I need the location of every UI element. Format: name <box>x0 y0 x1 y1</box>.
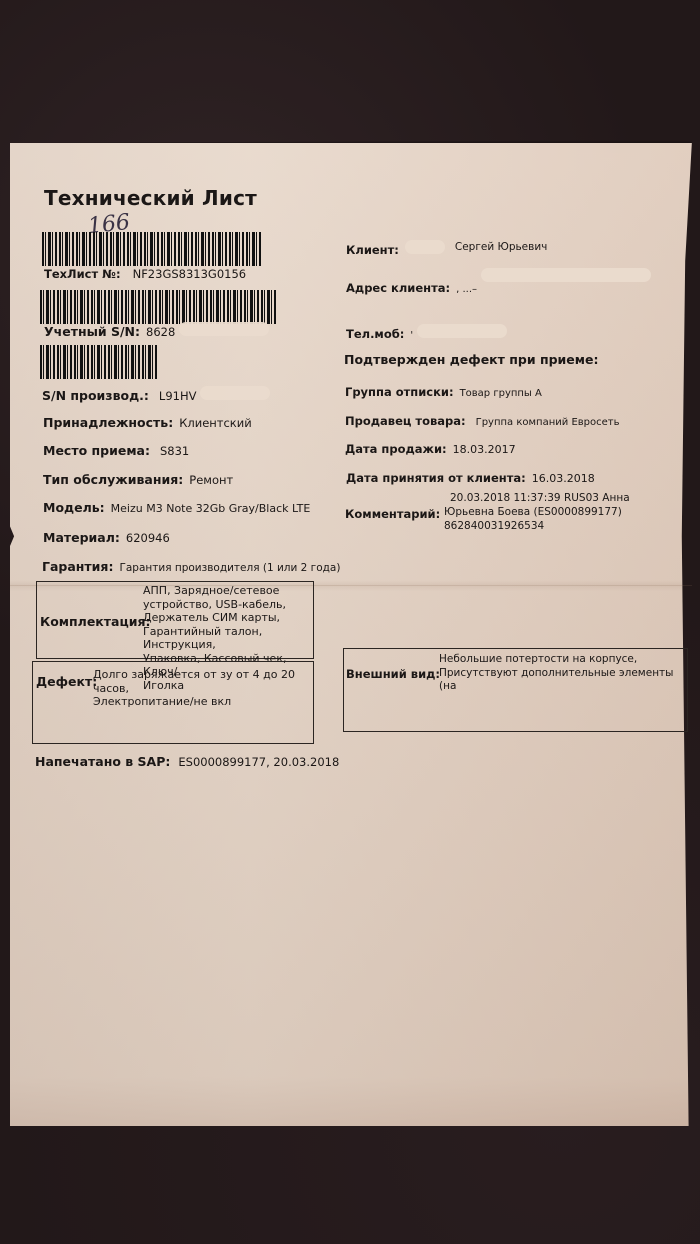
client-field: Клиент: Сергей Юрьевич <box>346 240 547 257</box>
techlist-field: ТехЛист №: NF23GS8313G0156 <box>44 267 246 281</box>
printed-in-sap-label: Напечатано в SAP: <box>35 754 170 769</box>
material-label: Материал: <box>43 530 120 545</box>
defect-value: Долго заряжается от зу от 4 до 20 часов,… <box>93 668 313 709</box>
writeoff-group-value: Товар группы А <box>460 388 542 399</box>
redaction-mark <box>200 386 270 400</box>
mobile-phone-field: Тел.моб: ' <box>346 324 507 341</box>
acceptance-date-field: Дата принятия от клиента: 16.03.2018 <box>346 471 595 485</box>
printed-in-sap-value: ES0000899177, 20.03.2018 <box>178 755 339 769</box>
document-title: Технический Лист <box>44 186 257 210</box>
seller-field: Продавец товара: Группа компаний Евросет… <box>345 414 620 428</box>
sale-date-label: Дата продажи: <box>345 442 447 456</box>
appearance-value: Небольшие потертости на корпусе, Присутс… <box>439 653 673 694</box>
model-value: Meizu M3 Note 32Gb Gray/Black LTE <box>111 502 311 515</box>
ownership-field: Принадлежность: Клиентский <box>43 415 252 430</box>
model-label: Модель: <box>43 500 105 515</box>
warranty-value: Гарантия производителя (1 или 2 года) <box>119 562 340 574</box>
mobile-phone-label: Тел.моб: <box>346 327 404 341</box>
comment-line-3: 862840031926534 <box>444 520 544 532</box>
redaction-mark <box>481 268 651 282</box>
client-address-label: Адрес клиента: <box>346 281 450 295</box>
client-label: Клиент: <box>346 243 399 257</box>
account-sn-value: 8628 <box>146 325 175 339</box>
client-address-field: Адрес клиента: , ...– <box>346 278 651 295</box>
seller-value: Группа компаний Евросеть <box>476 417 620 428</box>
redaction-mark <box>179 322 269 336</box>
ownership-label: Принадлежность: <box>43 415 173 430</box>
redaction-mark <box>405 240 445 254</box>
printed-in-sap-field: Напечатано в SAP: ES0000899177, 20.03.20… <box>35 754 339 769</box>
appearance-box: Внешний вид: Небольшие потертости на кор… <box>343 648 688 732</box>
service-type-label: Тип обслуживания: <box>43 472 183 487</box>
defect-confirmed-label: Подтвержден дефект при приеме: <box>344 352 598 367</box>
comment-line-1: 20.03.2018 11:37:39 RUS03 Анна <box>450 492 630 504</box>
sale-date-value: 18.03.2017 <box>453 443 516 456</box>
kit-label: Комплектация: <box>40 614 151 629</box>
appearance-label: Внешний вид: <box>346 667 440 681</box>
service-type-field: Тип обслуживания: Ремонт <box>43 472 233 487</box>
techlist-barcode <box>42 232 262 266</box>
acceptance-date-value: 16.03.2018 <box>532 472 595 485</box>
techlist-label: ТехЛист №: <box>44 267 121 281</box>
defect-confirmed-field: Подтвержден дефект при приеме: <box>344 352 598 367</box>
techlist-value: NF23GS8313G0156 <box>133 267 247 281</box>
account-sn-label: Учетный S/N: <box>44 324 140 339</box>
seller-label: Продавец товара: <box>345 414 466 428</box>
client-address-value: , ...– <box>456 284 477 295</box>
defect-label: Дефект: <box>36 674 97 689</box>
material-value: 620946 <box>126 531 170 545</box>
reception-place-label: Место приема: <box>43 443 150 458</box>
model-field: Модель: Meizu M3 Note 32Gb Gray/Black LT… <box>43 500 310 515</box>
sale-date-field: Дата продажи: 18.03.2017 <box>345 442 516 456</box>
comment-line-2: Юрьевна Боева (ES0000899177) <box>444 506 622 518</box>
service-type-value: Ремонт <box>189 473 233 487</box>
account-sn-barcode <box>40 290 276 324</box>
defect-box: Дефект: Долго заряжается от зу от 4 до 2… <box>32 661 314 744</box>
client-value: Сергей Юрьевич <box>455 241 547 253</box>
acceptance-date-label: Дата принятия от клиента: <box>346 471 526 485</box>
material-field: Материал: 620946 <box>43 530 170 545</box>
manufacturer-sn-value: L91HV <box>159 389 197 403</box>
kit-box: Комплектация: АПП, Зарядное/сетевое устр… <box>36 581 314 659</box>
mobile-phone-value: ' <box>410 330 413 341</box>
account-sn-field: Учетный S/N: 8628 <box>44 322 269 339</box>
ownership-value: Клиентский <box>179 416 252 430</box>
writeoff-group-field: Группа отписки: Товар группы А <box>345 385 542 399</box>
writeoff-group-label: Группа отписки: <box>345 385 454 399</box>
warranty-field: Гарантия: Гарантия производителя (1 или … <box>42 559 340 574</box>
manufacturer-sn-field: S/N производ.: L91HV <box>42 386 270 403</box>
redaction-mark <box>417 324 507 338</box>
manufacturer-sn-label: S/N производ.: <box>42 388 149 403</box>
warranty-label: Гарантия: <box>42 559 113 574</box>
manufacturer-sn-barcode <box>40 345 158 379</box>
comment-label: Комментарий: <box>345 507 440 521</box>
reception-place-field: Место приема: S831 <box>43 443 189 458</box>
reception-place-value: S831 <box>160 444 189 458</box>
